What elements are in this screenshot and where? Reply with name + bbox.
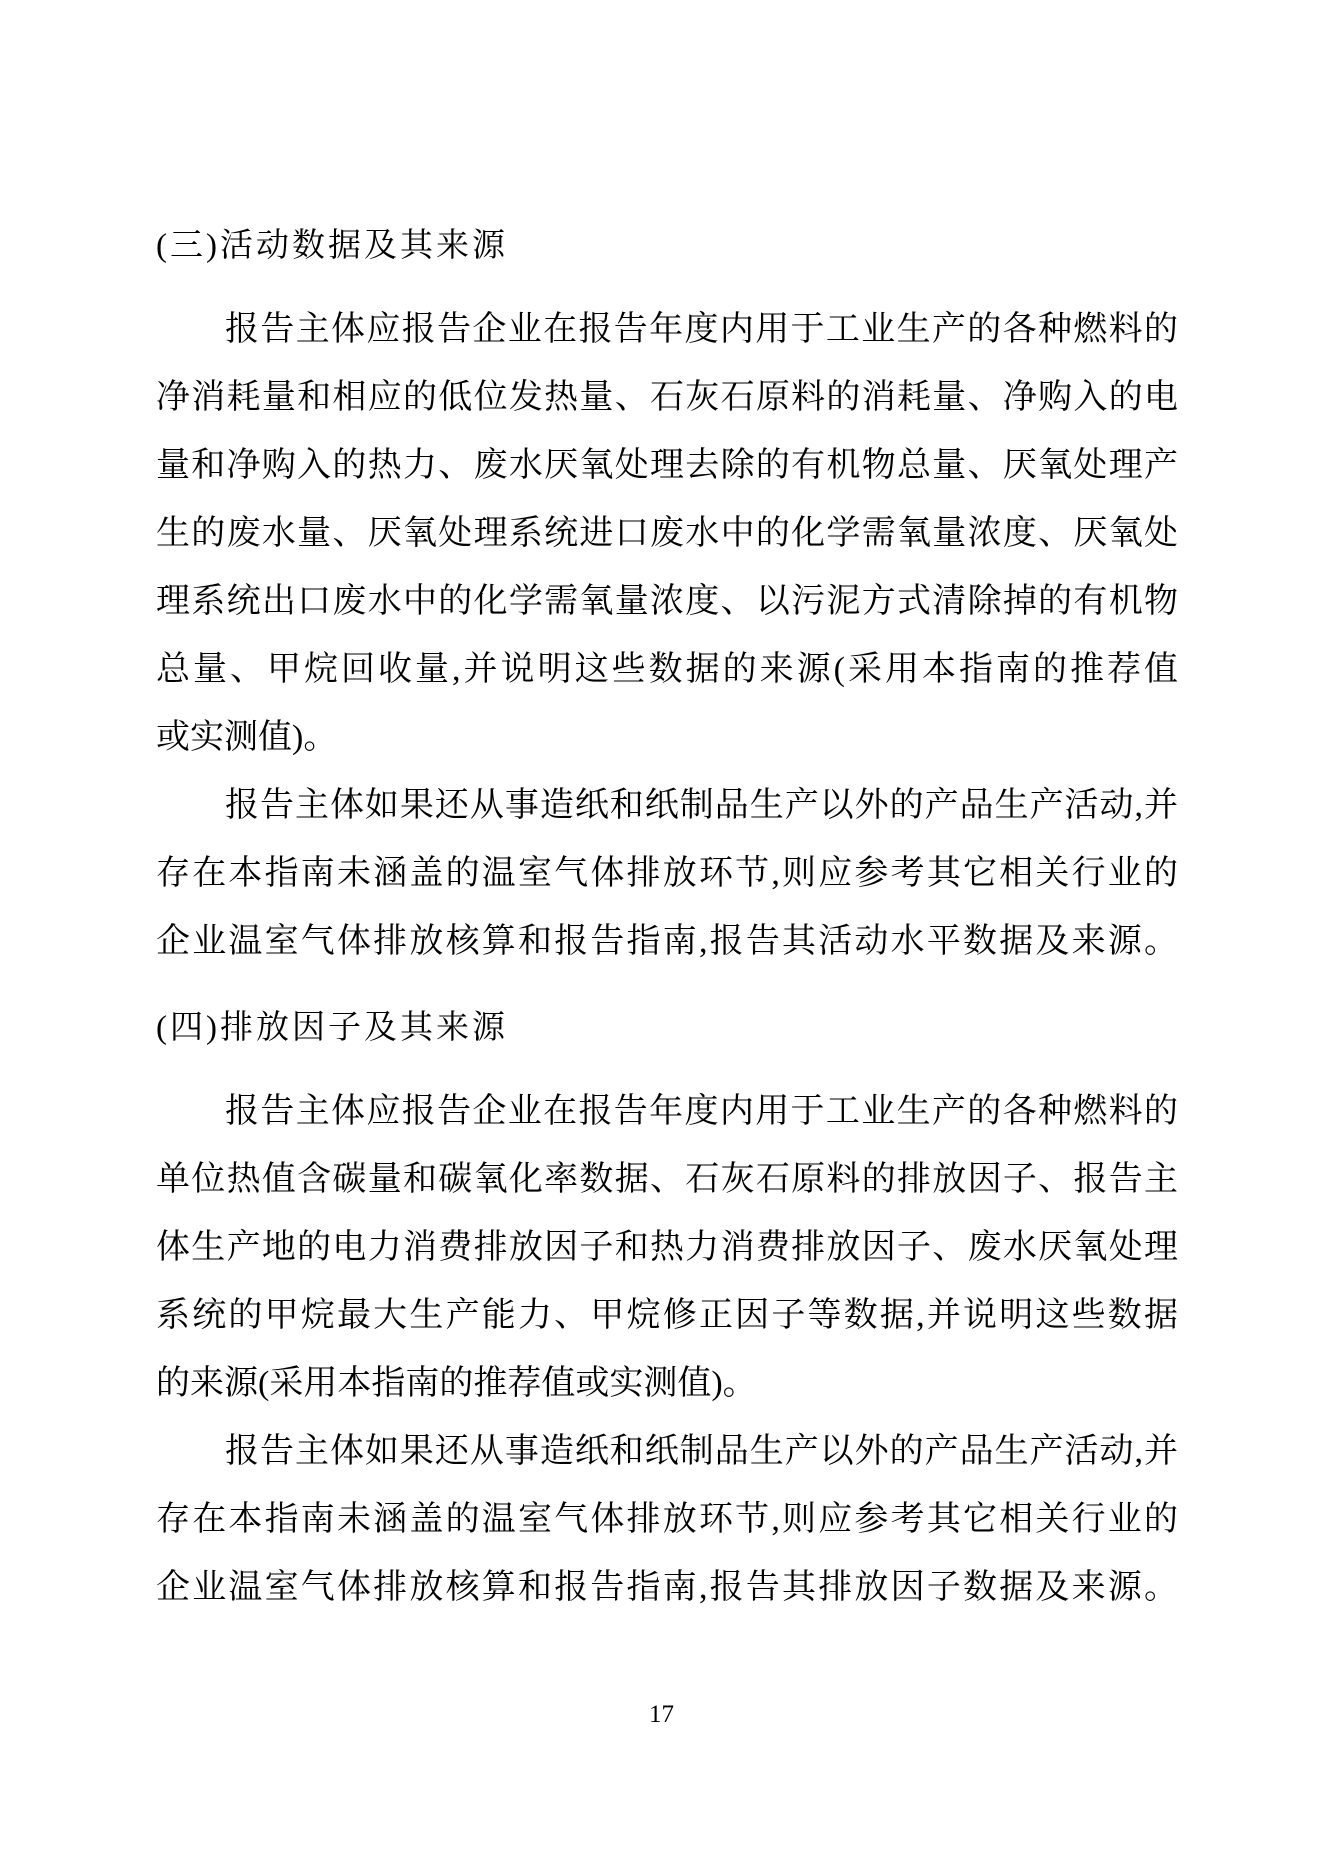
body-line: 报告主体如果还从事造纸和纸制品生产以外的产品生产活动,并 [156, 772, 1178, 840]
paragraph: 报告主体如果还从事造纸和纸制品生产以外的产品生产活动,并 存在本指南未涵盖的温室… [156, 1418, 1178, 1622]
paragraph: 报告主体应报告企业在报告年度内用于工业生产的各种燃料的 单位热值含碳量和碳氧化率… [156, 1078, 1178, 1418]
body-line: 或实测值)。 [156, 704, 1178, 772]
body-line: 体生产地的电力消费排放因子和热力消费排放因子、废水厌氧处理 [156, 1214, 1178, 1282]
body-line: 企业温室气体排放核算和报告指南,报告其活动水平数据及来源。 [156, 908, 1178, 976]
body-line: 总量、甲烷回收量,并说明这些数据的来源(采用本指南的推荐值 [156, 636, 1178, 704]
body-line: 的来源(采用本指南的推荐值或实测值)。 [156, 1350, 1178, 1418]
body-line: 净消耗量和相应的低位发热量、石灰石原料的消耗量、净购入的电 [156, 364, 1178, 432]
body-line: 量和净购入的热力、废水厌氧处理去除的有机物总量、厌氧处理产 [156, 432, 1178, 500]
body-line: 报告主体如果还从事造纸和纸制品生产以外的产品生产活动,并 [156, 1418, 1178, 1486]
body-line: 理系统出口废水中的化学需氧量浓度、以污泥方式清除掉的有机物 [156, 568, 1178, 636]
text-block: (三)活动数据及其来源 报告主体应报告企业在报告年度内用于工业生产的各种燃料的 … [156, 212, 1178, 1622]
body-line: 存在本指南未涵盖的温室气体排放环节,则应参考其它相关行业的 [156, 1486, 1178, 1554]
body-line: 单位热值含碳量和碳氧化率数据、石灰石原料的排放因子、报告主 [156, 1146, 1178, 1214]
body-line: 存在本指南未涵盖的温室气体排放环节,则应参考其它相关行业的 [156, 840, 1178, 908]
page-number: 17 [0, 1700, 1323, 1730]
body-line: 生的废水量、厌氧处理系统进口废水中的化学需氧量浓度、厌氧处 [156, 500, 1178, 568]
paragraph: 报告主体应报告企业在报告年度内用于工业生产的各种燃料的 净消耗量和相应的低位发热… [156, 296, 1178, 772]
document-page: (三)活动数据及其来源 报告主体应报告企业在报告年度内用于工业生产的各种燃料的 … [0, 0, 1323, 1871]
paragraph: 报告主体如果还从事造纸和纸制品生产以外的产品生产活动,并 存在本指南未涵盖的温室… [156, 772, 1178, 976]
body-line: 报告主体应报告企业在报告年度内用于工业生产的各种燃料的 [156, 1078, 1178, 1146]
body-line: 系统的甲烷最大生产能力、甲烷修正因子等数据,并说明这些数据 [156, 1282, 1178, 1350]
body-line: 报告主体应报告企业在报告年度内用于工业生产的各种燃料的 [156, 296, 1178, 364]
section-heading-3: (三)活动数据及其来源 [156, 212, 1178, 280]
body-line: 企业温室气体排放核算和报告指南,报告其排放因子数据及来源。 [156, 1554, 1178, 1622]
section-heading-4: (四)排放因子及其来源 [156, 994, 1178, 1062]
